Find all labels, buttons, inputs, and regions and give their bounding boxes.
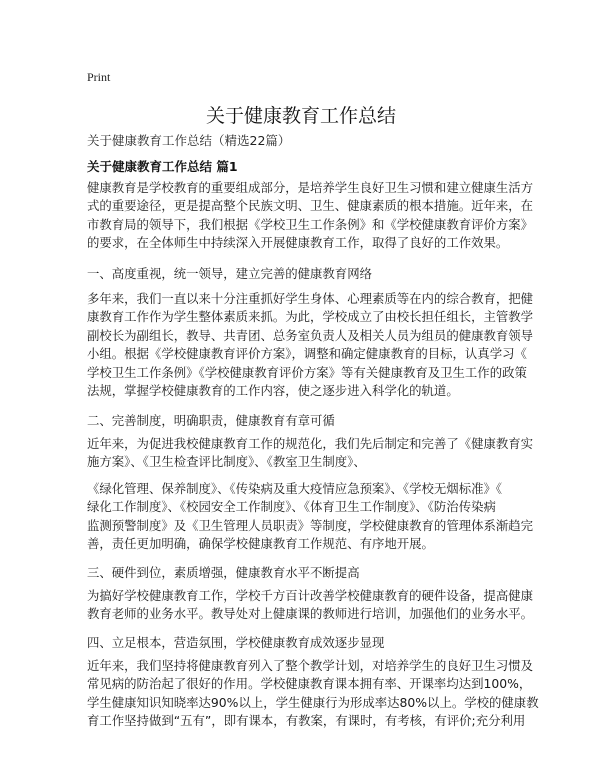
text-line: 式的重要途径，更是提高整个民族文明、卫生、健康素质的根本措施。近年来，在 bbox=[87, 197, 523, 215]
text-line: 近年来，为促进我校健康教育工作的规范化，我们先后制定和完善了《健康教育实 bbox=[87, 435, 523, 453]
paragraph-intro: 健康教育是学校教育的重要组成部分，是培养学生良好卫生习惯和建立健康生活方 式的重… bbox=[87, 179, 523, 253]
article-heading: 关于健康教育工作总结 篇1 bbox=[87, 157, 238, 175]
text-line: 常见病的防治起了很好的作用。学校健康教育课本拥有率、开课率均达到100%， bbox=[87, 675, 523, 693]
text-line: 为搞好学校健康教育工作，学校千方百计改善学校健康教育的硬件设备，提高健康 bbox=[87, 587, 523, 605]
text-line: 多年来，我们一直以来十分注重抓好学生身体、心理素质等在内的综合教育，把健 bbox=[87, 290, 523, 308]
paragraph-regulations: 《绿化管理、保养制度》、《传染病及重大疫情应急预案》、《学校无烟标准》《 绿化工… bbox=[87, 480, 523, 554]
text-line: 善，责任更加明确，确保学校健康教育工作规范、有序地开展。 bbox=[87, 535, 523, 553]
text-line: 法规，掌握学校健康教育的工作内容，使之逐步进入科学化的轨道。 bbox=[87, 382, 523, 400]
text-line: 副校长为副组长，教导、共青团、总务室负责人及相关人员为组员的健康教育领导 bbox=[87, 327, 523, 345]
text-line: 绿化工作制度》、《校园安全工作制度》、《体育卫生工作制度》、《防治传染病 bbox=[87, 498, 523, 516]
text-line: 康教育工作作为学生整体素质来抓。为此，学校成立了由校长担任组长，主管教学 bbox=[87, 308, 523, 326]
print-label[interactable]: Print bbox=[87, 70, 110, 85]
text-line: 的要求，在全体师生中持续深入开展健康教育工作，取得了良好的工作效果。 bbox=[87, 234, 523, 252]
section-heading-1: 一、高度重视，统一领导，建立完善的健康教育网络 bbox=[87, 264, 372, 282]
paragraph-results: 近年来，我们坚持将健康教育列入了整个教学计划，对培养学生的良好卫生习惯及 常见病… bbox=[87, 657, 523, 731]
paragraph-hardware: 为搞好学校健康教育工作，学校千方百计改善学校健康教育的硬件设备，提高健康 教育老… bbox=[87, 587, 523, 624]
text-line: 学生健康知识知晓率达90%以上，学生健康行为形成率达80%以上。学校的健康教 bbox=[87, 694, 523, 712]
text-line: 监测预警制度》及《卫生管理人员职责》等制度，学校健康教育的管理体系渐趋完 bbox=[87, 517, 523, 535]
text-line: 健康教育是学校教育的重要组成部分，是培养学生良好卫生习惯和建立健康生活方 bbox=[87, 179, 523, 197]
document-title: 关于健康教育工作总结 bbox=[87, 101, 515, 128]
text-line: 近年来，我们坚持将健康教育列入了整个教学计划，对培养学生的良好卫生习惯及 bbox=[87, 657, 523, 675]
text-line: 学校卫生工作条例》《学校健康教育评价方案》等有关健康教育及卫生工作的政策 bbox=[87, 364, 523, 382]
text-line: 育工作坚持做到“五有”，即有课本，有教案，有课时，有考核，有评价;充分利用 bbox=[87, 712, 523, 730]
text-line: 教育老师的业务水平。教导处对上健康课的教师进行培训，加强他们的业务水平。 bbox=[87, 605, 523, 623]
text-line: 施方案》、《卫生检查评比制度》、《教室卫生制度》、 bbox=[87, 453, 523, 471]
section-heading-2: 二、完善制度，明确职责，健康教育有章可循 bbox=[87, 411, 335, 429]
text-line: 《绿化管理、保养制度》、《传染病及重大疫情应急预案》、《学校无烟标准》《 bbox=[87, 480, 523, 498]
section-heading-3: 三、硬件到位，素质增强，健康教育水平不断提高 bbox=[87, 563, 360, 581]
text-line: 市教育局的领导下，我们根据《学校卫生工作条例》和《学校健康教育评价方案》 bbox=[87, 216, 523, 234]
paragraph-system: 近年来，为促进我校健康教育工作的规范化，我们先后制定和完善了《健康教育实 施方案… bbox=[87, 435, 523, 472]
paragraph-network: 多年来，我们一直以来十分注重抓好学生身体、心理素质等在内的综合教育，把健 康教育… bbox=[87, 290, 523, 400]
document-subtitle: 关于健康教育工作总结（精选22篇） bbox=[87, 131, 290, 149]
section-heading-4: 四、立足根本，营造氛围，学校健康教育成效逐步显现 bbox=[87, 633, 384, 651]
text-line: 小组。根据《学校健康教育评价方案》，调整和确定健康教育的目标，认真学习《 bbox=[87, 345, 523, 363]
